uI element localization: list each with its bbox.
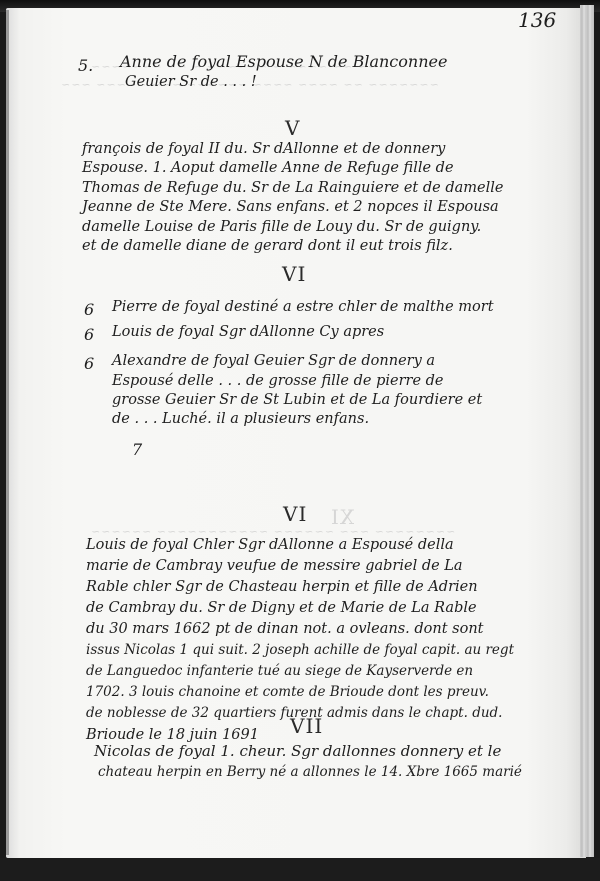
entry-5-line-1: Anne de foyal Espouse N de Blanconnee: [120, 52, 447, 71]
section-VI-b-line: 1702. 3 louis chanoine et comte de Briou…: [86, 684, 489, 700]
section-V-line: Thomas de Refuge du. Sr de La Rainguiere…: [82, 180, 503, 196]
section-VI-b-line: Louis de foyal Chler Sgr dAllonne a Espo…: [86, 537, 454, 553]
section-VI-b-line: du 30 mars 1662 pt de dinan not. a ovlea…: [86, 621, 484, 637]
section-VI-a-item-3-line: Espousé delle . . . de grosse fille de p…: [112, 373, 444, 389]
section-VI-a-item-1: Pierre de foyal destiné a estre chler de…: [112, 299, 494, 315]
section-VI-b-line: marie de Cambray veufue de messire gabri…: [86, 558, 463, 574]
section-VI-b-line: de Cambray du. Sr de Digny et de Marie d…: [86, 600, 477, 616]
entry-number: 6: [84, 300, 94, 319]
section-heading-VI: VI: [282, 262, 306, 286]
entry-5-line-2: Geuier Sr de . . . !: [125, 74, 257, 90]
section-V-line: Espouse. 1. Aoput damelle Anne de Refuge…: [82, 160, 454, 176]
section-VI-a-item-3-line: grosse Geuier Sr de St Lubin et de La fo…: [112, 392, 482, 408]
section-V-line: françois de foyal II du. Sr dAllonne et …: [82, 141, 445, 157]
section-heading-V: V: [285, 116, 300, 140]
page-number: 136: [518, 8, 556, 32]
page-fore-edge: [580, 5, 594, 857]
page-binding-edge: [6, 10, 9, 855]
section-VI-b-line: issus Nicolas 1 qui suit. 2 joseph achil…: [86, 642, 514, 658]
entry-number: 7: [132, 440, 142, 459]
section-V-line: Jeanne de Ste Mere. Sans enfans. et 2 no…: [82, 199, 499, 215]
section-VI-b-line: de Languedoc infanterie tué au siege de …: [86, 663, 473, 679]
section-VI-a-item-3-line: de . . . Luché. il a plusieurs enfans.: [112, 411, 369, 427]
section-VII-line: Nicolas de foyal 1. cheur. Sgr dallonnes…: [94, 742, 501, 760]
entry-number: 6: [84, 325, 94, 344]
scan-bottom-border: [0, 858, 600, 881]
section-VI-a-item-3-line: Alexandre de foyal Geuier Sgr de donnery…: [112, 353, 435, 369]
section-VII-line: chateau herpin en Berry né a allonnes le…: [98, 764, 522, 780]
section-VI-b-line: Brioude le 18 juin 1691: [86, 727, 259, 743]
entry-number: 6: [84, 354, 94, 373]
section-VI-a-item-2: Louis de foyal Sgr dAllonne Cy apres: [112, 324, 384, 340]
section-V-line: et de damelle diane de gerard dont il eu…: [82, 238, 453, 254]
section-heading-VII: VII: [290, 714, 323, 738]
section-heading-VI: VI: [283, 502, 307, 526]
entry-number: 5.: [78, 56, 93, 75]
section-V-line: damelle Louise de Paris fille de Louy du…: [82, 219, 481, 235]
section-VI-b-line: Rable chler Sgr de Chasteau herpin et fi…: [86, 579, 478, 595]
